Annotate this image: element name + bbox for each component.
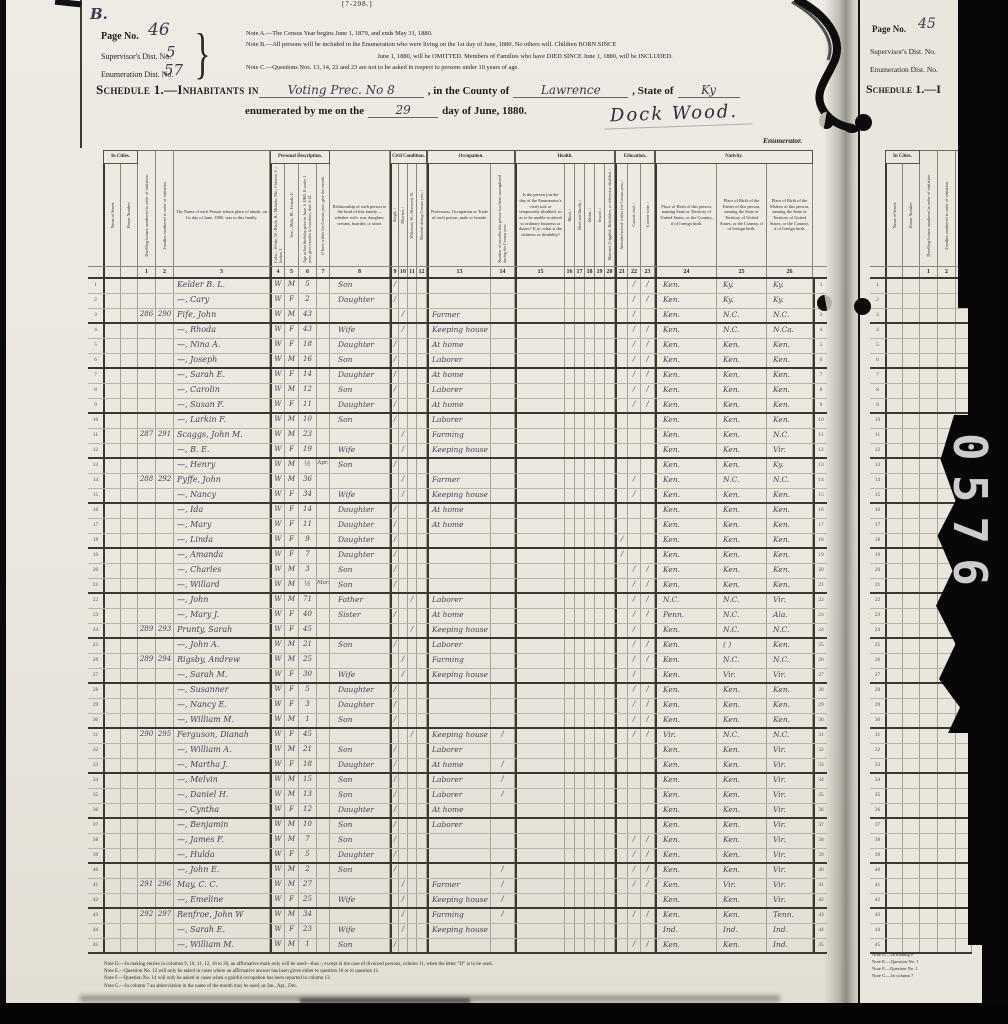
cell-cr22: / xyxy=(628,294,641,308)
cell-fb: Ken. xyxy=(717,489,767,502)
column-number: 21 xyxy=(615,267,628,277)
cell-rel: Son xyxy=(330,834,390,848)
cell-f xyxy=(156,414,174,428)
cell-f xyxy=(938,369,956,383)
cell-m10 xyxy=(399,279,408,293)
cell-in19 xyxy=(595,579,605,592)
cell-name: —, Carolin xyxy=(174,384,270,398)
cell-street xyxy=(103,579,121,592)
cell-street xyxy=(885,684,903,698)
cell-u xyxy=(491,399,515,412)
cell-s: M xyxy=(285,819,299,833)
table-row: 7 xyxy=(870,369,972,384)
cell-sc21 xyxy=(615,669,628,682)
cell-s9: / xyxy=(390,549,399,563)
cell-cw23: / xyxy=(641,684,655,698)
cell-ln: 11 xyxy=(870,429,885,443)
cell-sick xyxy=(515,699,565,713)
cell-y12 xyxy=(417,864,427,878)
cell-c: W xyxy=(270,549,285,563)
column-header-fb: Place of Birth of the Father of this per… xyxy=(717,164,767,266)
cell-nb: Ken. xyxy=(655,579,717,592)
cell-b16 xyxy=(565,339,575,353)
column-number: 14 xyxy=(491,267,515,277)
cell-cr22 xyxy=(628,789,641,803)
cell-cw23 xyxy=(641,504,655,518)
cell-a: 25 xyxy=(299,894,317,907)
cell-i18 xyxy=(585,939,595,952)
cell-ln: 33 xyxy=(88,759,103,772)
cell-s: M xyxy=(285,909,299,923)
cell-a: 3 xyxy=(299,699,317,713)
cell-mo xyxy=(317,534,330,547)
cell-house xyxy=(903,384,920,398)
cell-c: W xyxy=(270,894,285,907)
column-header-street: Name of Street. xyxy=(885,164,903,266)
cell-cr22: / xyxy=(628,399,641,412)
cell-d xyxy=(138,834,156,848)
cell-street xyxy=(885,279,903,293)
cell-house xyxy=(121,864,138,878)
cell-cr22: / xyxy=(628,684,641,698)
cell-s9: / xyxy=(390,639,399,653)
cell-u xyxy=(491,384,515,398)
cell-occ: Laborer xyxy=(427,414,491,428)
cell-ma20 xyxy=(605,444,615,457)
cell-i18 xyxy=(585,324,595,338)
cell-d xyxy=(920,819,938,833)
cell-ln: 44 xyxy=(88,924,103,938)
cell-name: —, Sarah E. xyxy=(174,369,270,383)
cell-s9: / xyxy=(390,504,399,518)
cell-mb: Vir. xyxy=(767,744,813,758)
cell-mb: Ken. xyxy=(767,339,813,353)
table-row: 9 xyxy=(870,399,972,414)
cell-cr22: / xyxy=(628,714,641,727)
cell-name: —, Cyntha xyxy=(174,804,270,817)
cell-mb: Vir. xyxy=(767,819,813,833)
cell-i18 xyxy=(585,429,595,443)
cell-cr22: / xyxy=(628,849,641,862)
cell-sick xyxy=(515,939,565,952)
cell-occ: Keeping house xyxy=(427,729,491,743)
corner-letter: B. xyxy=(90,5,108,23)
scan-black-edge xyxy=(982,943,1008,1006)
cell-c: W xyxy=(270,714,285,727)
cell-street xyxy=(103,744,121,758)
cell-m10: / xyxy=(399,669,408,682)
cell-b16 xyxy=(565,624,575,637)
cell-s: M xyxy=(285,564,299,578)
right-page-no-value: 45 xyxy=(918,16,936,32)
cell-b16 xyxy=(565,414,575,428)
cell-sc21 xyxy=(615,729,628,743)
cell-fb: Ken. xyxy=(717,909,767,923)
cell-dd17 xyxy=(575,549,585,563)
cell-cw23 xyxy=(641,804,655,817)
cell-w11 xyxy=(408,939,417,952)
cell-mb: Vir. xyxy=(767,444,813,457)
cell-sick xyxy=(515,459,565,473)
cell-d xyxy=(138,609,156,623)
cell-a: 21 xyxy=(299,744,317,758)
table-row: 36—, CynthaWF12Daughter/At homeKen.Ken.V… xyxy=(88,804,827,819)
cell-sc21 xyxy=(615,834,628,848)
cell-ma20 xyxy=(605,714,615,727)
cell-d xyxy=(138,354,156,367)
cell-street xyxy=(885,924,903,938)
cell-ln: 18 xyxy=(870,534,885,547)
cell-street xyxy=(103,774,121,788)
cell-occ: Keeping house xyxy=(427,444,491,457)
cell-a: 2 xyxy=(299,294,317,308)
cell-a: 10 xyxy=(299,819,317,833)
cell-c: W xyxy=(270,294,285,308)
cell-house xyxy=(903,759,920,772)
column-number xyxy=(88,267,103,277)
cell-dd17 xyxy=(575,804,585,817)
cell-house xyxy=(903,819,920,833)
table-row: 10—, Larkin F.WM10Son/LaborerKen.Ken.Ken… xyxy=(88,414,827,429)
cell-name: Fife, John xyxy=(174,309,270,322)
cell-ln: 14 xyxy=(870,474,885,488)
cell-w11 xyxy=(408,489,417,502)
cell-name: —, Benjamin xyxy=(174,819,270,833)
cell-occ: Keeping house xyxy=(427,624,491,637)
column-number xyxy=(121,267,138,277)
cell-d: 292 xyxy=(138,909,156,923)
cell-fb: Ken. xyxy=(717,939,767,952)
cell-ma20 xyxy=(605,699,615,713)
cell-ma20 xyxy=(605,549,615,563)
cell-cw23 xyxy=(641,894,655,907)
cell-fb: Ken. xyxy=(717,714,767,727)
cell-sick xyxy=(515,639,565,653)
cell-i18 xyxy=(585,399,595,412)
cell-cr22: / xyxy=(628,624,641,637)
cell-d: 288 xyxy=(138,474,156,488)
cell-y12 xyxy=(417,279,427,293)
column-group-label: Occupation. xyxy=(427,150,515,164)
table-row: 9—, Susan F.WF11Daughter/At home//Ken.Ke… xyxy=(88,399,827,414)
cell-d xyxy=(920,744,938,758)
cell-c: W xyxy=(270,579,285,592)
cell-ln: 42 xyxy=(88,894,103,907)
cell-cr22 xyxy=(628,459,641,473)
cell-cw23: / xyxy=(641,279,655,293)
cell-ln: 38 xyxy=(870,834,885,848)
cell-ln: 26 xyxy=(88,654,103,668)
cell-d xyxy=(138,774,156,788)
cell-house xyxy=(121,729,138,743)
cell-mb: Ken. xyxy=(767,369,813,383)
cell-nb: N.C. xyxy=(655,594,717,608)
cell-street xyxy=(885,789,903,803)
cell-s: M xyxy=(285,594,299,608)
cell-cw23 xyxy=(641,549,655,563)
cell-in19 xyxy=(595,294,605,308)
cell-mo xyxy=(317,744,330,758)
table-row: 5—, Nina A.WF18Daughter/At home//Ken.Ken… xyxy=(88,339,827,354)
cell-m10 xyxy=(399,459,408,473)
cell-dd17 xyxy=(575,504,585,518)
cell-s9: / xyxy=(390,609,399,623)
cell-c: W xyxy=(270,399,285,412)
cell-sc21 xyxy=(615,864,628,878)
cell-dd17 xyxy=(575,279,585,293)
cell-d xyxy=(138,849,156,862)
cell-d xyxy=(920,804,938,817)
table-row: 24289293Prunty, SarahWF45/Keeping house/… xyxy=(88,624,827,639)
column-header-text: Age at last birthday prior to June 1, 18… xyxy=(302,167,312,263)
cell-cr22: / xyxy=(628,729,641,743)
cell-rel: Wife xyxy=(330,324,390,338)
cell-ma20 xyxy=(605,414,615,428)
page-fold-gutter xyxy=(824,0,862,1006)
column-number: 26 xyxy=(767,267,813,277)
cell-b16 xyxy=(565,744,575,758)
cell-occ: At home xyxy=(427,399,491,412)
cell-house xyxy=(903,684,920,698)
cell-d xyxy=(920,714,938,727)
cell-f xyxy=(156,549,174,563)
cell-f: 293 xyxy=(156,624,174,637)
cell-c: W xyxy=(270,609,285,623)
cell-mb: Ky. xyxy=(767,279,813,293)
cell-u xyxy=(491,849,515,862)
cell-y12 xyxy=(417,384,427,398)
table-row: 16—, IdaWF14Daughter/At homeKen.Ken.Ken.… xyxy=(88,504,827,519)
cell-ma20 xyxy=(605,939,615,952)
cell-f xyxy=(938,744,956,758)
column-number: 12 xyxy=(417,267,427,277)
cell-in19 xyxy=(595,924,605,938)
cell-a: 30 xyxy=(299,669,317,682)
cell-occ: Farming xyxy=(427,429,491,443)
cell-i18 xyxy=(585,864,595,878)
cell-ln: 33 xyxy=(870,759,885,772)
cell-dd17 xyxy=(575,309,585,322)
cell-rel: Wife xyxy=(330,444,390,457)
cell-d xyxy=(920,354,938,367)
cell-name: May, C. C. xyxy=(174,879,270,893)
cell-y12 xyxy=(417,564,427,578)
cell-occ: Keeping house xyxy=(427,669,491,682)
cell-w11 xyxy=(408,309,417,322)
cell-s9: / xyxy=(390,834,399,848)
cell-in19 xyxy=(595,699,605,713)
cell-fb: N.C. xyxy=(717,729,767,743)
cell-d xyxy=(138,399,156,412)
cell-w11 xyxy=(408,504,417,518)
cell-y12 xyxy=(417,594,427,608)
cell-d xyxy=(920,624,938,637)
cell-in19 xyxy=(595,759,605,772)
cell-sick xyxy=(515,864,565,878)
column-header-f: Families numbered in order of visitation… xyxy=(156,164,174,266)
cell-name: —, Mary J. xyxy=(174,609,270,623)
cell-house xyxy=(121,279,138,293)
column-header-d: Dwelling-houses numbered in order of vis… xyxy=(138,164,156,266)
footnotes: Note D.—In making entries in columns 9, … xyxy=(104,961,724,990)
cell-b16 xyxy=(565,669,575,682)
cell-m10 xyxy=(399,744,408,758)
cell-s9: / xyxy=(390,279,399,293)
cell-a: 21 xyxy=(299,639,317,653)
cell-sick xyxy=(515,729,565,743)
cell-m10: / xyxy=(399,879,408,893)
cell-ma20 xyxy=(605,294,615,308)
cell-dd17 xyxy=(575,924,585,938)
cell-occ xyxy=(427,279,491,293)
cell-i18 xyxy=(585,549,595,563)
cell-in19 xyxy=(595,429,605,443)
cell-f xyxy=(156,774,174,788)
cell-in19 xyxy=(595,804,605,817)
cell-mb: Ala. xyxy=(767,609,813,623)
cell-m10 xyxy=(399,624,408,637)
cell-i18 xyxy=(585,894,595,907)
cell-d xyxy=(138,714,156,727)
column-header-s: Sex—Male, M.; Female, F. xyxy=(285,164,299,266)
cell-dd17 xyxy=(575,474,585,488)
cell-cr22 xyxy=(628,429,641,443)
footnote-f: Note F.—Question No. 14 will only be ask… xyxy=(104,975,724,982)
cell-sc21 xyxy=(615,894,628,907)
table-row: 31290295Ferguson, DianahWF45/Keeping hou… xyxy=(88,729,827,744)
cell-ln: 45 xyxy=(88,939,103,952)
scan-black-edge xyxy=(968,733,1008,945)
cell-f xyxy=(156,744,174,758)
cell-c: W xyxy=(270,489,285,502)
cell-occ xyxy=(427,459,491,473)
cell-house xyxy=(121,564,138,578)
cell-nb: Ken. xyxy=(655,279,717,293)
cell-name: —, John xyxy=(174,594,270,608)
cell-d xyxy=(920,294,938,308)
cell-street xyxy=(885,804,903,817)
cell-fb: Ken. xyxy=(717,849,767,862)
microfilm-number: 0576 xyxy=(943,433,997,600)
cell-cr22: / xyxy=(628,639,641,653)
cell-house xyxy=(903,654,920,668)
cell-dd17 xyxy=(575,834,585,848)
cell-street xyxy=(885,564,903,578)
cell-cw23: / xyxy=(641,654,655,668)
cell-f xyxy=(156,669,174,682)
cell-house xyxy=(121,924,138,938)
cell-fb: Ken. xyxy=(717,774,767,788)
cell-cw23: / xyxy=(641,639,655,653)
cell-fb: Vir. xyxy=(717,669,767,682)
cell-m10 xyxy=(399,699,408,713)
cell-street xyxy=(103,804,121,817)
cell-f xyxy=(938,819,956,833)
header-notes: Note A.—The Census Year begins June 1, 1… xyxy=(246,28,804,74)
cell-y12 xyxy=(417,339,427,353)
cell-sc21 xyxy=(615,849,628,862)
cell-dd17 xyxy=(575,594,585,608)
cell-mb: N.Ca. xyxy=(767,324,813,338)
cell-m10 xyxy=(399,399,408,412)
cell-s9 xyxy=(390,594,399,608)
cell-a: 9 xyxy=(299,534,317,547)
cell-ln: 34 xyxy=(88,774,103,788)
cell-mo xyxy=(317,639,330,653)
cell-s9: / xyxy=(390,774,399,788)
cell-cr22: / xyxy=(628,474,641,488)
cell-y12 xyxy=(417,534,427,547)
cell-b16 xyxy=(565,864,575,878)
cell-y12 xyxy=(417,759,427,772)
cell-s9: / xyxy=(390,939,399,952)
cell-house xyxy=(121,624,138,637)
cell-house xyxy=(903,729,920,743)
cell-f xyxy=(938,339,956,353)
cell-s9: / xyxy=(390,534,399,547)
column-group-label: Health. xyxy=(515,150,615,164)
cell-in19 xyxy=(595,399,605,412)
cell-mo xyxy=(317,324,330,338)
right-footnote-d: Note D.—In making e xyxy=(872,951,992,958)
cell-street xyxy=(103,699,121,713)
cell-name: —, Linda xyxy=(174,534,270,547)
cell-house xyxy=(121,804,138,817)
cell-sc21 xyxy=(615,744,628,758)
cell-sc21 xyxy=(615,519,628,533)
table-row: 25—, John A.WM21Son/Laborer//Ken.( )Ken.… xyxy=(88,639,827,654)
cell-f xyxy=(156,354,174,367)
cell-b16 xyxy=(565,834,575,848)
cell-sc21 xyxy=(615,399,628,412)
cell-w11 xyxy=(408,429,417,443)
cell-b16 xyxy=(565,819,575,833)
cell-in19 xyxy=(595,519,605,533)
cell-house xyxy=(121,789,138,803)
column-header-m10: Married, / xyxy=(399,164,408,266)
cell-m10: / xyxy=(399,909,408,923)
cell-ma20 xyxy=(605,519,615,533)
cell-house xyxy=(121,549,138,563)
cell-m10: / xyxy=(399,429,408,443)
right-footnote-e: Note E.—Question No. 1 xyxy=(872,958,992,965)
cell-mo xyxy=(317,549,330,563)
cell-rel: Son xyxy=(330,384,390,398)
cell-rel xyxy=(330,654,390,668)
cell-mo xyxy=(317,429,330,443)
cell-ln: 10 xyxy=(870,414,885,428)
cell-rel: Son xyxy=(330,789,390,803)
cell-name: —, Susan F. xyxy=(174,399,270,412)
cell-name: —, Susanner xyxy=(174,684,270,698)
cell-s: M xyxy=(285,414,299,428)
cell-a: 36 xyxy=(299,474,317,488)
cell-cw23: / xyxy=(641,834,655,848)
cell-f xyxy=(938,879,956,893)
cell-fb: Ken. xyxy=(717,444,767,457)
cell-cr22 xyxy=(628,894,641,907)
column-header-text: Married, / xyxy=(400,207,405,224)
cell-s9: / xyxy=(390,699,399,713)
column-group-spacer xyxy=(174,150,270,164)
column-group-label: Education. xyxy=(615,150,655,164)
cell-nb: Ken. xyxy=(655,474,717,488)
column-header-text: Idiotic, / xyxy=(587,208,592,222)
cell-s: M xyxy=(285,744,299,758)
cell-nb: Ken. xyxy=(655,354,717,367)
cell-m10 xyxy=(399,384,408,398)
cell-ma20 xyxy=(605,324,615,338)
